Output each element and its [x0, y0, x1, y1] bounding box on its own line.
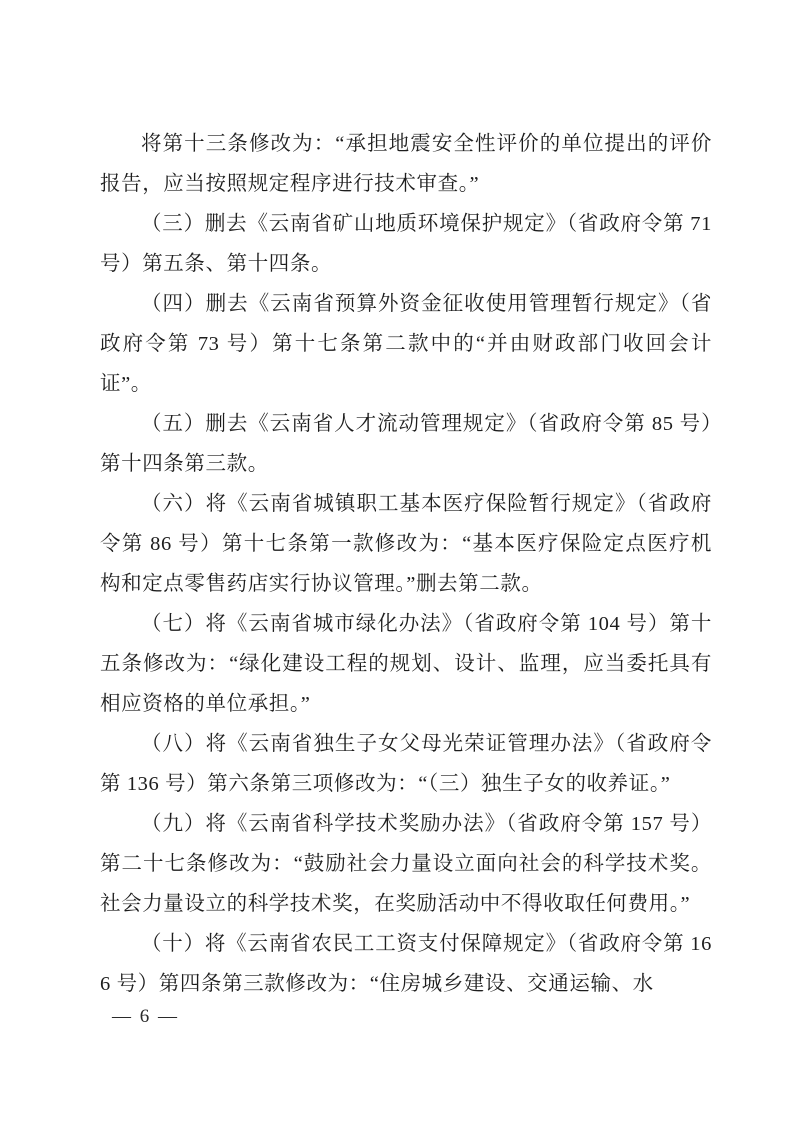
document-page: 将第十三条修改为：“承担地震安全性评价的单位提出的评价报告，应当按照规定程序进行…: [0, 0, 800, 1131]
page-number: — 6 —: [112, 1006, 179, 1028]
document-content: 将第十三条修改为：“承担地震安全性评价的单位提出的评价报告，应当按照规定程序进行…: [100, 124, 712, 1004]
paragraph-item-3: （三）删去《云南省矿山地质环境保护规定》（省政府令第 71 号）第五条、第十四条…: [100, 204, 712, 284]
paragraph-amend-article13: 将第十三条修改为：“承担地震安全性评价的单位提出的评价报告，应当按照规定程序进行…: [100, 124, 712, 204]
paragraph-item-5: （五）删去《云南省人才流动管理规定》（省政府令第 85 号）第十四条第三款。: [100, 404, 712, 484]
paragraph-item-4: （四）删去《云南省预算外资金征收使用管理暂行规定》（省政府令第 73 号）第十七…: [100, 284, 712, 404]
paragraph-item-9: （九）将《云南省科学技术奖励办法》（省政府令第 157 号）第二十七条修改为：“…: [100, 804, 712, 924]
paragraph-item-6: （六）将《云南省城镇职工基本医疗保险暂行规定》（省政府令第 86 号）第十七条第…: [100, 484, 712, 604]
paragraph-item-10: （十）将《云南省农民工工资支付保障规定》（省政府令第 166 号）第四条第三款修…: [100, 924, 712, 1004]
paragraph-item-7: （七）将《云南省城市绿化办法》（省政府令第 104 号）第十五条修改为：“绿化建…: [100, 604, 712, 724]
paragraph-item-8: （八）将《云南省独生子女父母光荣证管理办法》（省政府令第 136 号）第六条第三…: [100, 724, 712, 804]
